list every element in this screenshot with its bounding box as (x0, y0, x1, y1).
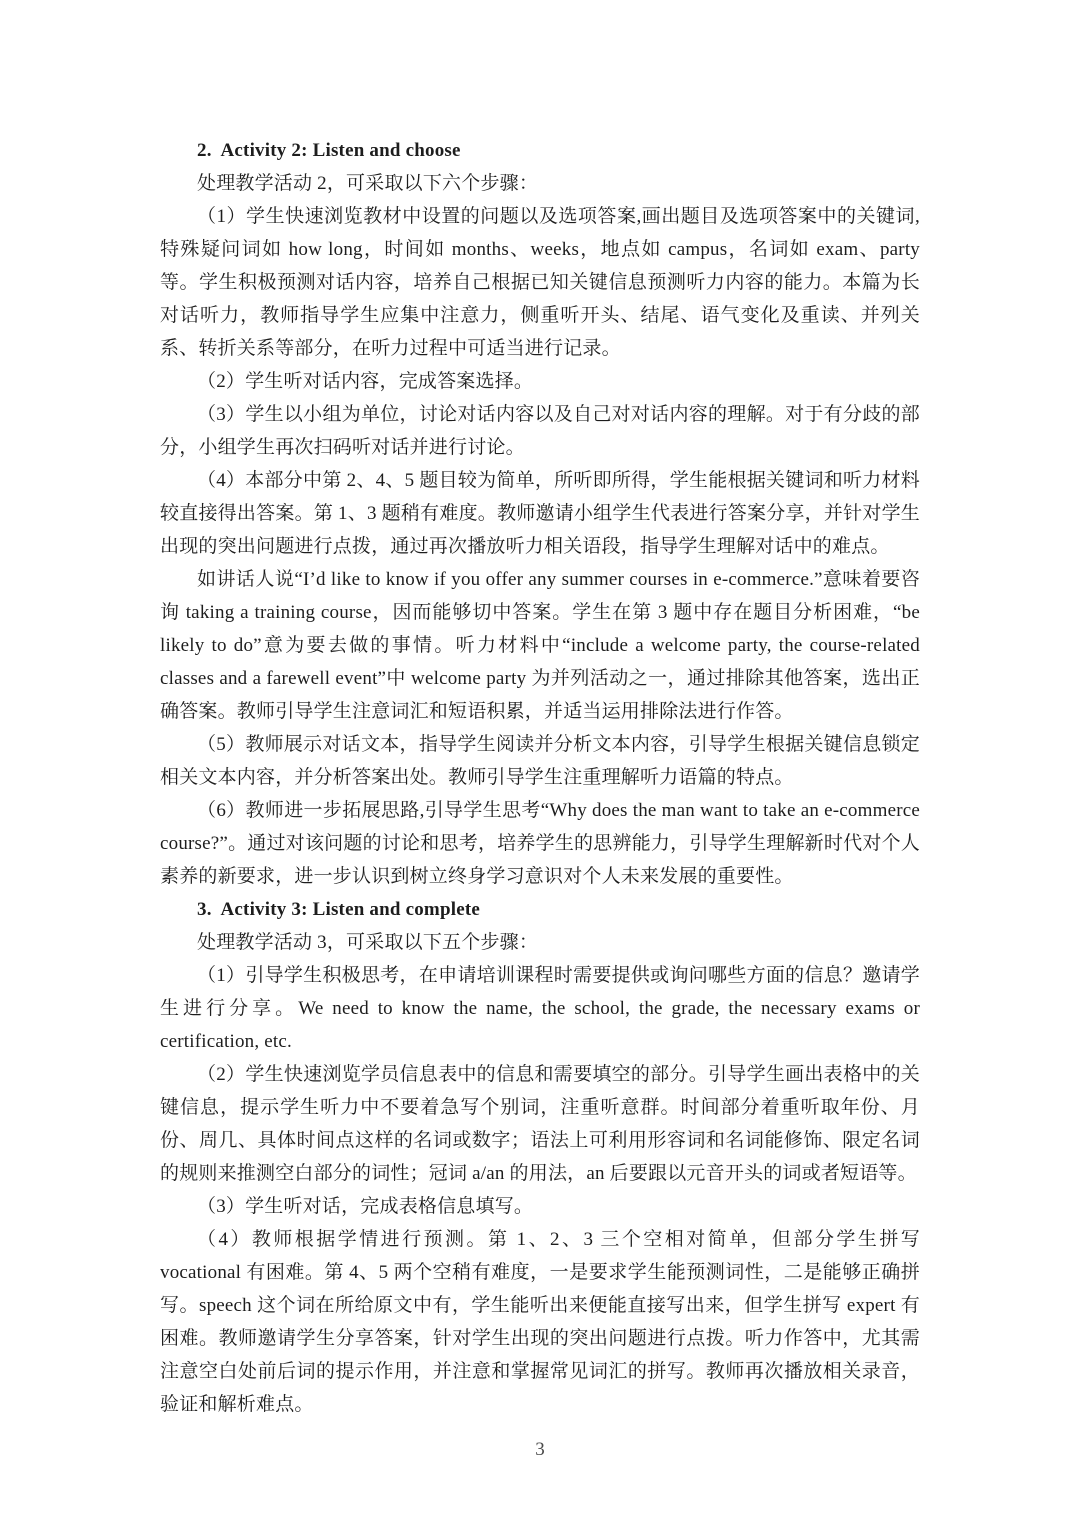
paragraph-activity2-step-5: （5）教师展示对话文本，指导学生阅读并分析文本内容，引导学生根据关键信息锁定相关… (160, 728, 920, 794)
paragraph-activity3-step-3: （3）学生听对话，完成表格信息填写。 (160, 1190, 920, 1223)
heading-activity-2: 2. Activity 2: Listen and choose (160, 134, 920, 167)
paragraph-activity2-intro: 处理教学活动 2，可采取以下六个步骤： (160, 167, 920, 200)
document-page: 2. Activity 2: Listen and choose 处理教学活动 … (0, 0, 1080, 1527)
paragraph-activity3-step-2: （2）学生快速浏览学员信息表中的信息和需要填空的部分。引导学生画出表格中的关键信… (160, 1058, 920, 1190)
paragraph-activity2-step-6: （6）教师进一步拓展思路,引导学生思考“Why does the man wan… (160, 794, 920, 893)
page-number: 3 (0, 1438, 1080, 1462)
paragraph-activity2-step-1: （1）学生快速浏览教材中设置的问题以及选项答案,画出题目及选项答案中的关键词,特… (160, 200, 920, 365)
document-body: 2. Activity 2: Listen and choose 处理教学活动 … (160, 134, 920, 1421)
paragraph-activity3-intro: 处理教学活动 3，可采取以下五个步骤： (160, 926, 920, 959)
heading-activity-3: 3. Activity 3: Listen and complete (160, 893, 920, 926)
paragraph-activity3-step-4: （4）教师根据学情进行预测。第 1、2、3 三个空相对简单，但部分学生拼写 vo… (160, 1223, 920, 1421)
paragraph-activity2-example: 如讲话人说“I’d like to know if you offer any … (160, 563, 920, 728)
paragraph-activity2-step-4: （4）本部分中第 2、4、5 题目较为简单，所听即所得，学生能根据关键词和听力材… (160, 464, 920, 563)
paragraph-activity3-step-1: （1）引导学生积极思考，在申请培训课程时需要提供或询问哪些方面的信息？邀请学生进… (160, 959, 920, 1058)
paragraph-activity2-step-2: （2）学生听对话内容，完成答案选择。 (160, 365, 920, 398)
paragraph-activity2-step-3: （3）学生以小组为单位，讨论对话内容以及自己对对话内容的理解。对于有分歧的部分，… (160, 398, 920, 464)
